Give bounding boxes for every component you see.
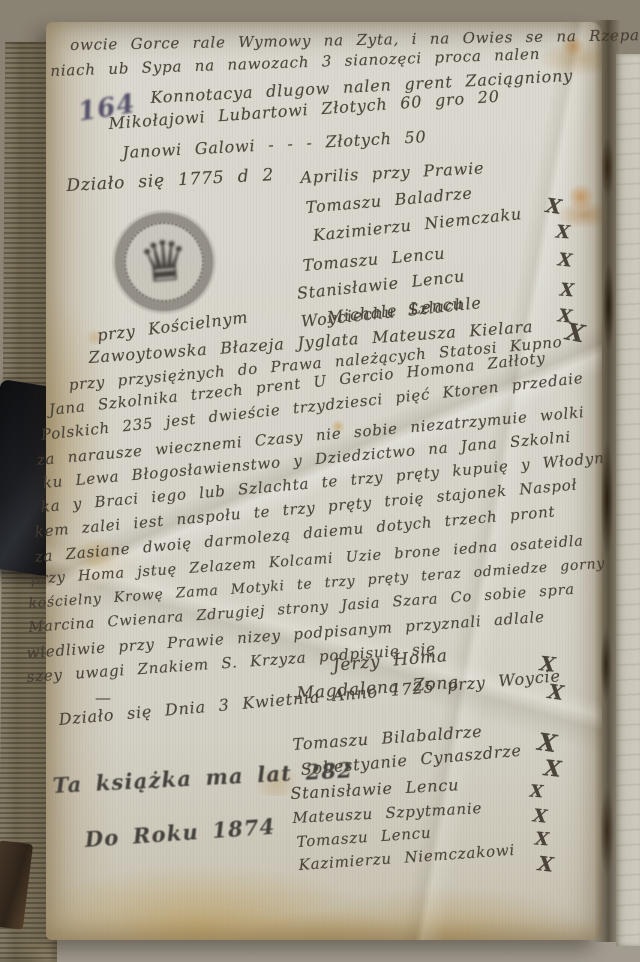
paper-creases (46, 22, 602, 940)
adjacent-page-edge (616, 54, 640, 946)
photo-of-manuscript: ♛ owcie Gorce rale Wymowy na Zyta, i na … (0, 0, 640, 962)
seal-crown-glyph: ♛ (137, 233, 192, 293)
manuscript-page (46, 22, 602, 940)
